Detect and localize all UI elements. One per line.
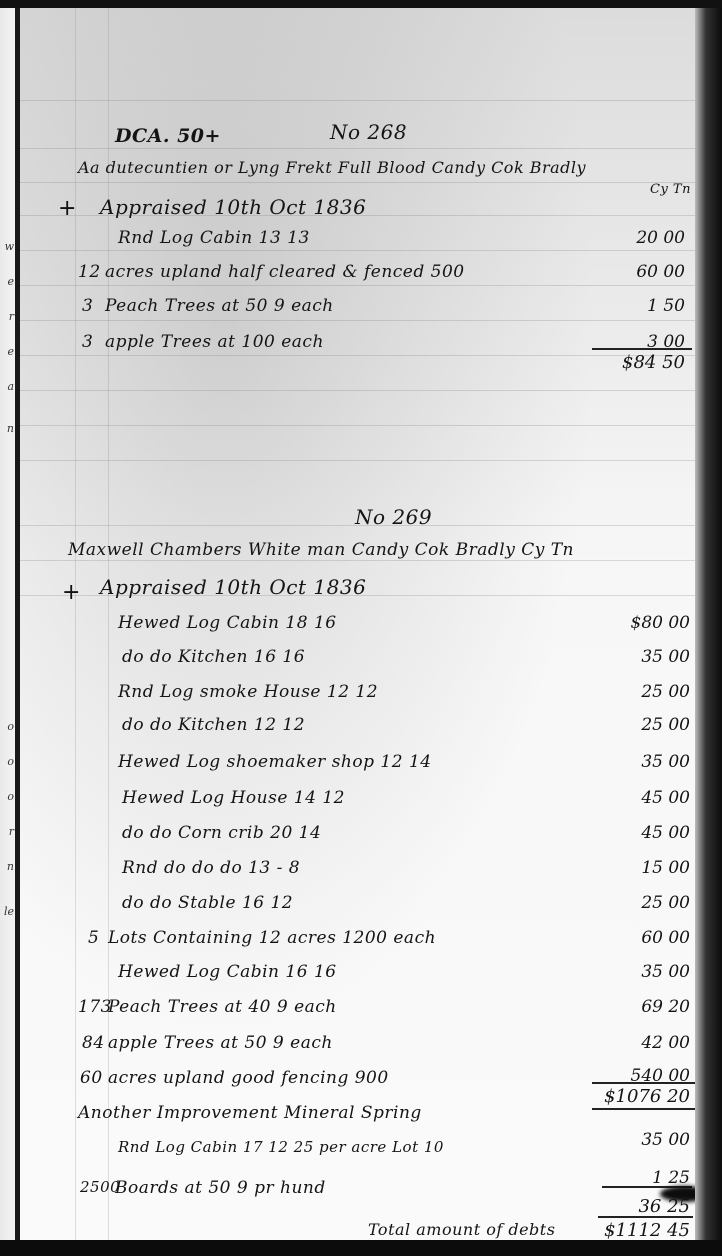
- item-amount: 69 20: [580, 997, 690, 1017]
- item-amount: 42 00: [580, 1033, 690, 1053]
- item-amount: 25 00: [580, 893, 690, 913]
- item-amount: 1 50: [575, 296, 685, 316]
- section-subtotal: 36 25: [580, 1196, 690, 1217]
- grid-line: [108, 8, 109, 1242]
- item-description: do do Kitchen 16 16: [122, 647, 305, 667]
- margin-mark: r: [0, 310, 14, 323]
- item-description: Rnd Log Cabin 17 12 25 per acre Lot 10: [118, 1138, 444, 1156]
- cross-mark: +: [58, 196, 76, 221]
- item-description: apple Trees at 50 9 each: [108, 1033, 333, 1053]
- grid-line: [75, 8, 76, 1242]
- entry-name-line: Aa dutecuntien or Lyng Frekt Full Blood …: [78, 158, 586, 177]
- margin-mark: e: [0, 345, 14, 358]
- item-quantity: 173: [78, 997, 112, 1017]
- item-amount: 25 00: [580, 715, 690, 735]
- scan-bottom-border: [0, 1240, 722, 1256]
- cross-mark: +: [62, 580, 80, 605]
- item-amount: 35 00: [580, 962, 690, 982]
- reference-code: DCA. 50+: [115, 125, 221, 147]
- grand-total: $1112 45: [580, 1220, 690, 1241]
- margin-mark: w: [0, 240, 14, 253]
- item-description: Rnd Log smoke House 12 12: [118, 682, 378, 702]
- item-description: acres upland good fencing 900: [108, 1068, 389, 1088]
- grid-line: [20, 320, 695, 321]
- margin-mark: le: [0, 905, 14, 918]
- item-description: do do Corn crib 20 14: [122, 823, 321, 843]
- item-amount: 35 00: [580, 647, 690, 667]
- grid-line: [20, 390, 695, 391]
- grid-line: [20, 560, 695, 561]
- item-description: Rnd Log Cabin 13 13: [118, 228, 310, 248]
- item-amount: 60 00: [575, 262, 685, 282]
- item-amount: 60 00: [580, 928, 690, 948]
- margin-mark: e: [0, 275, 14, 288]
- item-quantity: 3: [82, 332, 93, 352]
- item-amount: 1 25: [580, 1168, 690, 1188]
- sum-rule: [592, 348, 692, 350]
- entry-subtotal: $1076 20: [580, 1086, 690, 1107]
- item-description: acres upland half cleared & fenced 500: [105, 262, 465, 282]
- grid-line: [20, 460, 695, 461]
- item-amount: 25 00: [580, 682, 690, 702]
- item-description: Hewed Log Cabin 16 16: [118, 962, 337, 982]
- grand-total-label: Total amount of debts: [368, 1220, 555, 1239]
- margin-mark: n: [0, 422, 14, 435]
- item-amount: 15 00: [580, 858, 690, 878]
- appraised-date: Appraised 10th Oct 1836: [100, 575, 366, 599]
- margin-mark: a: [0, 380, 14, 393]
- item-quantity: 60: [80, 1068, 103, 1088]
- item-quantity: 84: [82, 1033, 105, 1053]
- item-description: Boards at 50 9 pr hund: [115, 1178, 326, 1198]
- facing-page-edge: [0, 8, 15, 1243]
- entry-name-continuation: Cy Tn: [650, 182, 691, 197]
- item-quantity: 12: [78, 262, 101, 282]
- item-amount: 45 00: [580, 823, 690, 843]
- grid-line: [20, 285, 695, 286]
- item-amount: 45 00: [580, 788, 690, 808]
- entry-number: No 268: [330, 120, 407, 144]
- grid-line: [20, 148, 695, 149]
- item-amount: $80 00: [580, 613, 690, 633]
- item-description: Hewed Log House 14 12: [122, 788, 345, 808]
- margin-mark: o: [0, 720, 14, 733]
- item-description: Rnd do do do 13 - 8: [122, 858, 300, 878]
- grid-line: [20, 100, 695, 101]
- margin-mark: o: [0, 790, 14, 803]
- item-description: Peach Trees at 50 9 each: [105, 296, 334, 316]
- item-description: Hewed Log shoemaker shop 12 14: [118, 752, 432, 772]
- margin-mark: o: [0, 755, 14, 768]
- sum-rule: [592, 1082, 695, 1084]
- grid-line: [20, 182, 695, 183]
- margin-mark: r: [0, 825, 14, 838]
- item-description: Hewed Log Cabin 18 16: [118, 613, 337, 633]
- item-quantity: 5: [88, 928, 99, 948]
- grid-line: [20, 250, 695, 251]
- item-quantity: 3: [82, 296, 93, 316]
- item-description: do do Kitchen 12 12: [122, 715, 305, 735]
- item-description: apple Trees at 100 each: [105, 332, 324, 352]
- sum-rule: [592, 1108, 695, 1110]
- entry-number: No 269: [355, 505, 432, 529]
- item-description: Lots Containing 12 acres 1200 each: [108, 928, 436, 948]
- item-amount: 35 00: [580, 752, 690, 772]
- sum-rule: [598, 1216, 693, 1218]
- item-description: Peach Trees at 40 9 each: [108, 997, 337, 1017]
- entry-name-line: Maxwell Chambers White man Candy Cok Bra…: [68, 540, 574, 560]
- scan-right-edge: [695, 8, 722, 1248]
- appraised-date: Appraised 10th Oct 1836: [100, 195, 366, 219]
- entry-total: $84 50: [575, 352, 685, 373]
- item-amount: 20 00: [575, 228, 685, 248]
- item-amount: 35 00: [580, 1130, 690, 1150]
- item-description: do do Stable 16 12: [122, 893, 293, 913]
- grid-line: [20, 425, 695, 426]
- margin-mark: n: [0, 860, 14, 873]
- section-title: Another Improvement Mineral Spring: [78, 1103, 422, 1123]
